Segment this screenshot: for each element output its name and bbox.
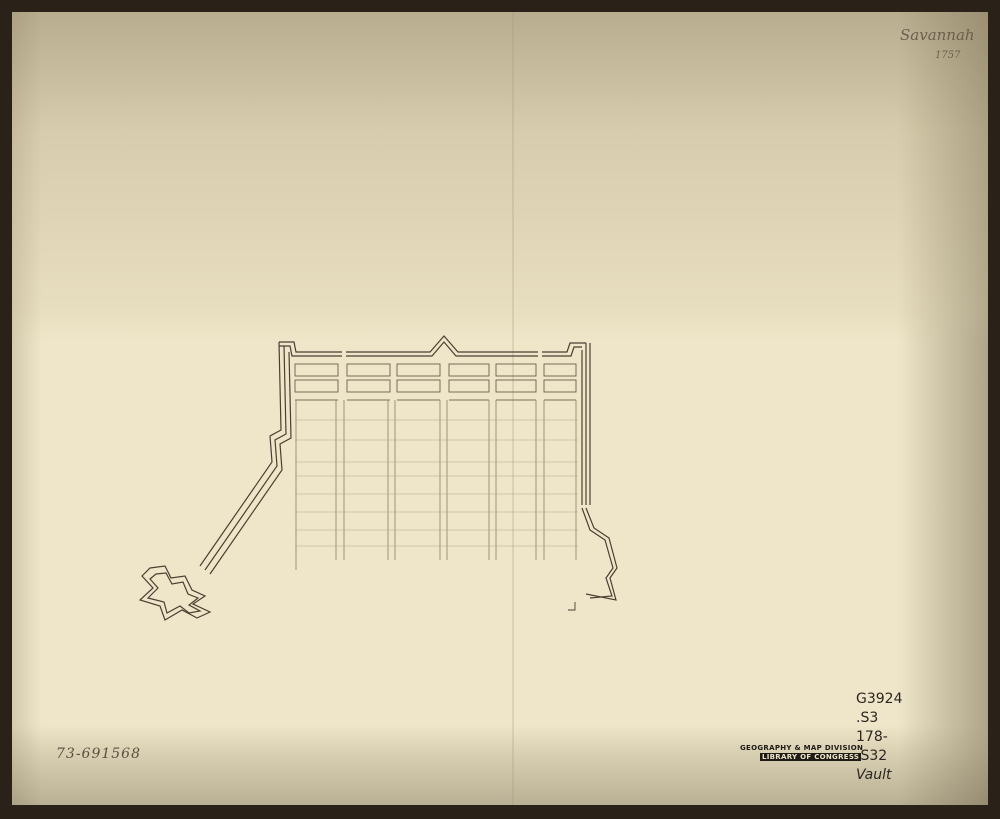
call-number-line: G3924: [856, 690, 902, 709]
town-blocks-row1: [295, 364, 576, 392]
call-number-line: .S3: [856, 709, 902, 728]
accession-number: 73-691568: [56, 746, 141, 762]
streets: [296, 400, 576, 570]
west-wall: [200, 342, 291, 574]
town-plan-drawing: [0, 0, 1000, 819]
north-wall: [279, 336, 586, 356]
handwritten-title: Savannah: [900, 26, 975, 44]
handwritten-year: 1757: [935, 50, 960, 61]
library-stamp: GEOGRAPHY & MAP DIVISION LIBRARY OF CONG…: [740, 744, 863, 762]
call-number: G3924 .S3 178- .S32 Vault: [856, 690, 902, 785]
faint-cross-streets: [295, 420, 578, 546]
stamp-line-2: LIBRARY OF CONGRESS: [760, 753, 861, 761]
small-corner-mark: [568, 602, 575, 610]
star-fort: [140, 566, 210, 620]
call-number-line: Vault: [856, 766, 902, 785]
call-number-line: 178-: [856, 728, 902, 747]
east-wall: [582, 343, 617, 600]
call-number-line: .S32: [856, 747, 902, 766]
stamp-line-1: GEOGRAPHY & MAP DIVISION: [740, 744, 863, 753]
